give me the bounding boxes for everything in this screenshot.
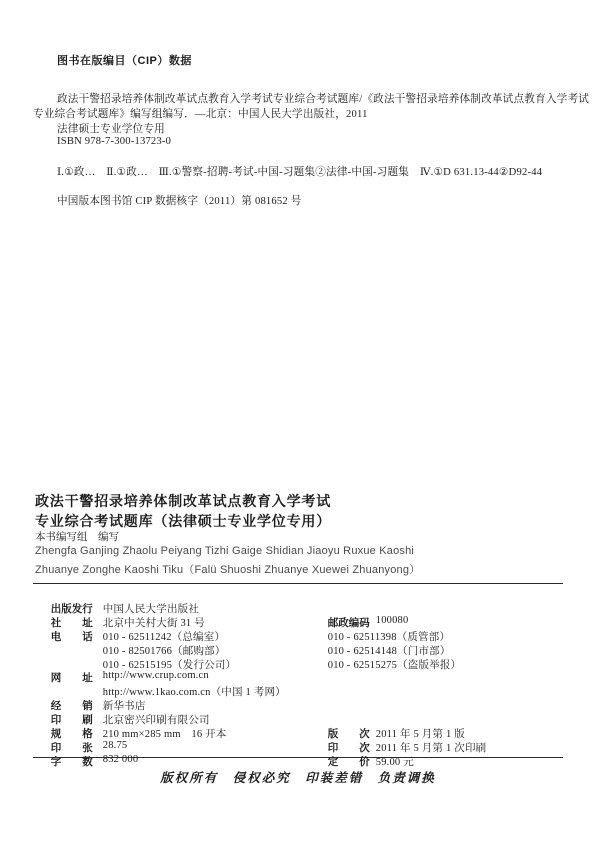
colophon-right-value: 2011 年 5 月第 1 次印刷 [376, 740, 487, 755]
isbn-number: ISBN 978-7-300-13723-0 [57, 136, 171, 147]
byline: 本书编写组 编写 [35, 529, 119, 544]
cip-edition-note: 法律硕士专业学位专用 [57, 121, 165, 136]
cip-description-line-2: 专业综合考试题库》编写组编写．—北京：中国人民大学出版社，2011 [33, 106, 368, 121]
colophon-label: 规 格 [51, 726, 103, 741]
pinyin-title-line-2: Zhuanye Zonghe Kaoshi Tiku（Falü Shuoshi … [35, 561, 420, 577]
cip-record-number: 中国版本图书馆 CIP 数据核字（2011）第 081652 号 [57, 193, 302, 208]
colophon-value: 010 - 62511242（总编室） [103, 629, 328, 644]
copyright-page: 图书在版编目（CIP）数据 政法干警招录培养体制改革试点教育入学考试专业综合考试… [0, 0, 596, 842]
colophon-right-value: 010 - 62511398（质管部） [328, 629, 450, 644]
colophon-right-value: 010 - 62514148（门市部） [328, 643, 451, 658]
colophon-value: 北京密兴印刷有限公司 [103, 712, 328, 727]
book-title-line-2: 专业综合考试题库（法律硕士专业学位专用） [35, 511, 331, 531]
book-title-line-1: 政法干警招录培养体制改革试点教育入学考试 [35, 491, 331, 511]
colophon-right-value: 100080 [376, 615, 409, 626]
colophon-value: 中国人民大学出版社 [103, 601, 328, 616]
colophon-value: 210 mm×285 mm 16 开本 [103, 726, 328, 741]
colophon-right-value: 2011 年 5 月第 1 版 [376, 726, 465, 741]
colophon-value: http://www.1kao.com.cn（中国 1 考网） [103, 684, 328, 699]
colophon-label: 出版发行 [51, 601, 103, 616]
copyright-notice: 版权所有 侵权必究 印装差错 负责调换 [0, 768, 596, 786]
colophon-value: 北京中关村大街 31 号 [103, 615, 328, 630]
colophon-label: 网 址 [51, 670, 103, 685]
colophon-value: 28.75 [103, 740, 328, 751]
colophon-value: http://www.crup.com.cn [103, 670, 328, 681]
cip-classification: Ⅰ.①政… Ⅱ.①政… Ⅲ.①警察-招聘-考试-中国-习题集②法律-中国-习题集… [57, 164, 542, 179]
colophon-right-label: 邮政编码 [328, 615, 376, 630]
divider-bottom [33, 757, 563, 758]
cip-description-line-1: 政法干警招录培养体制改革试点教育入学考试专业综合考试题库/《政法干警招录培养体制… [57, 91, 589, 106]
colophon-label: 电 话 [51, 629, 103, 644]
colophon-right-label: 印 次 [328, 740, 376, 755]
colophon-value: 010 - 62515195（发行公司） [103, 657, 328, 672]
colophon-value: 832 000 [103, 754, 328, 765]
colophon-right-value: 010 - 62515275（盗版举报） [328, 657, 462, 672]
colophon-value: 010 - 82501766（邮购部） [103, 643, 328, 658]
divider-top [33, 583, 563, 584]
pinyin-title-line-1: Zhengfa Ganjing Zhaolu Peiyang Tizhi Gai… [35, 545, 414, 557]
colophon-label: 社 址 [51, 615, 103, 630]
colophon-value: 新华书店 [103, 698, 328, 713]
colophon-label: 印 刷 [51, 712, 103, 727]
colophon-row-publisher: 出版发行中国人民大学出版社 [35, 590, 565, 604]
colophon-label: 印 张 [51, 740, 103, 755]
colophon-right-label: 版 次 [328, 726, 376, 741]
colophon-table: 出版发行中国人民大学出版社 社 址北京中关村大街 31 号邮政编码100080 … [35, 590, 565, 757]
colophon-label: 经 销 [51, 698, 103, 713]
cip-header: 图书在版编目（CIP）数据 [57, 52, 192, 68]
